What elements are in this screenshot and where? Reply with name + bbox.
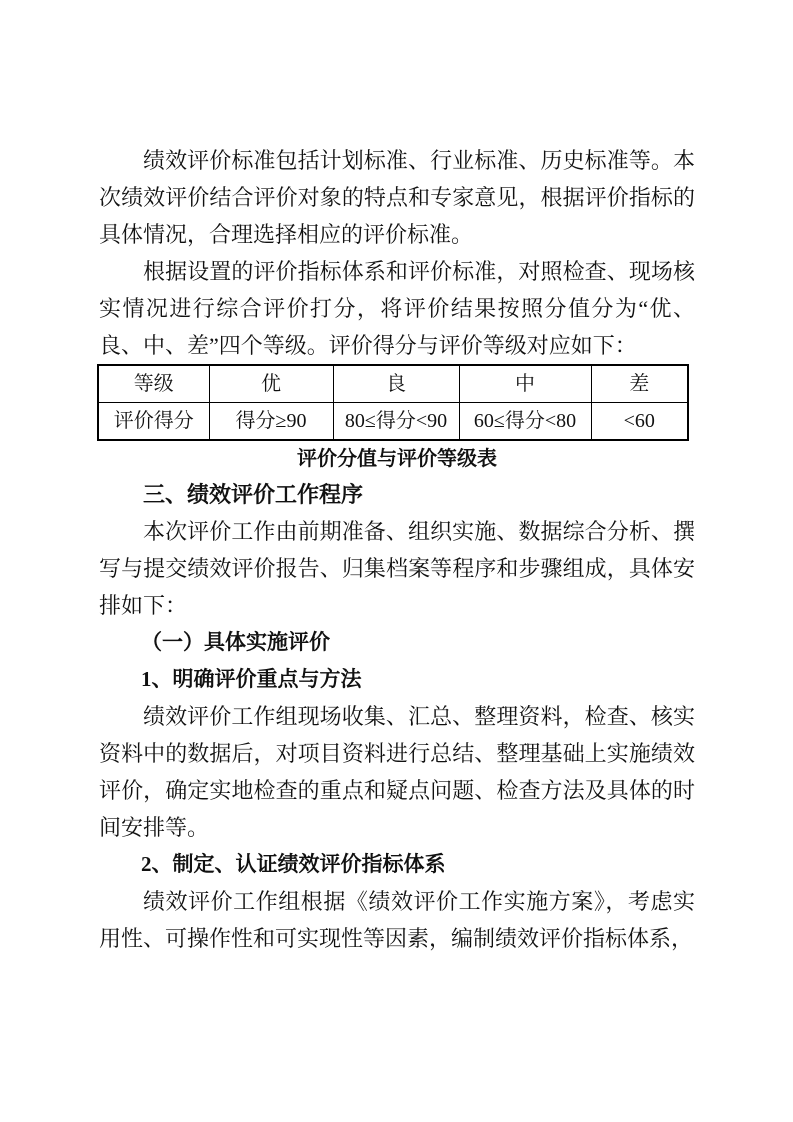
- table-header-cell: 优: [209, 365, 333, 403]
- document-page: 绩效评价标准包括计划标准、行业标准、历史标准等。本次绩效评价结合评价对象的特点和…: [0, 0, 793, 1122]
- table-data-cell: 80≤得分<90: [333, 403, 459, 441]
- table-data-cell: 得分≥90: [209, 403, 333, 441]
- table-data-cell: 评价得分: [98, 403, 209, 441]
- paragraph-eval-standards: 绩效评价标准包括计划标准、行业标准、历史标准等。本次绩效评价结合评价对象的特点和…: [99, 142, 695, 253]
- table-caption: 评价分值与评价等级表: [99, 443, 695, 476]
- grade-score-table: 等级 优 良 中 差 评价得分 得分≥90 80≤得分<90 60≤得分<80 …: [97, 364, 689, 441]
- table-header-cell: 差: [591, 365, 688, 403]
- paragraph-grading-rule: 根据设置的评价指标体系和评价标准，对照检查、现场核实情况进行综合评价打分，将评价…: [99, 253, 695, 364]
- section-heading-work-procedure: 三、绩效评价工作程序: [99, 476, 695, 513]
- table-data-cell: 60≤得分<80: [459, 403, 591, 441]
- table-header-cell: 良: [333, 365, 459, 403]
- paragraph-index-system-detail: 绩效评价工作组根据《绩效评价工作实施方案》，考虑实用性、可操作性和可实现性等因素…: [99, 883, 695, 957]
- table-header-cell: 等级: [98, 365, 209, 403]
- subheading-index-system: 2、制定、认证绩效评价指标体系: [99, 846, 695, 883]
- document-body: 绩效评价标准包括计划标准、行业标准、历史标准等。本次绩效评价结合评价对象的特点和…: [99, 142, 695, 957]
- subheading-implement-evaluation: （一）具体实施评价: [99, 624, 695, 661]
- paragraph-procedure-overview: 本次评价工作由前期准备、组织实施、数据综合分析、撰写与提交绩效评价报告、归集档案…: [99, 513, 695, 624]
- table-header-row: 等级 优 良 中 差: [98, 365, 688, 403]
- paragraph-onsite-collection: 绩效评价工作组现场收集、汇总、整理资料，检查、核实资料中的数据后，对项目资料进行…: [99, 698, 695, 846]
- table-data-cell: <60: [591, 403, 688, 441]
- table-data-row: 评价得分 得分≥90 80≤得分<90 60≤得分<80 <60: [98, 403, 688, 441]
- subheading-clarify-focus-method: 1、明确评价重点与方法: [99, 661, 695, 698]
- table-header-cell: 中: [459, 365, 591, 403]
